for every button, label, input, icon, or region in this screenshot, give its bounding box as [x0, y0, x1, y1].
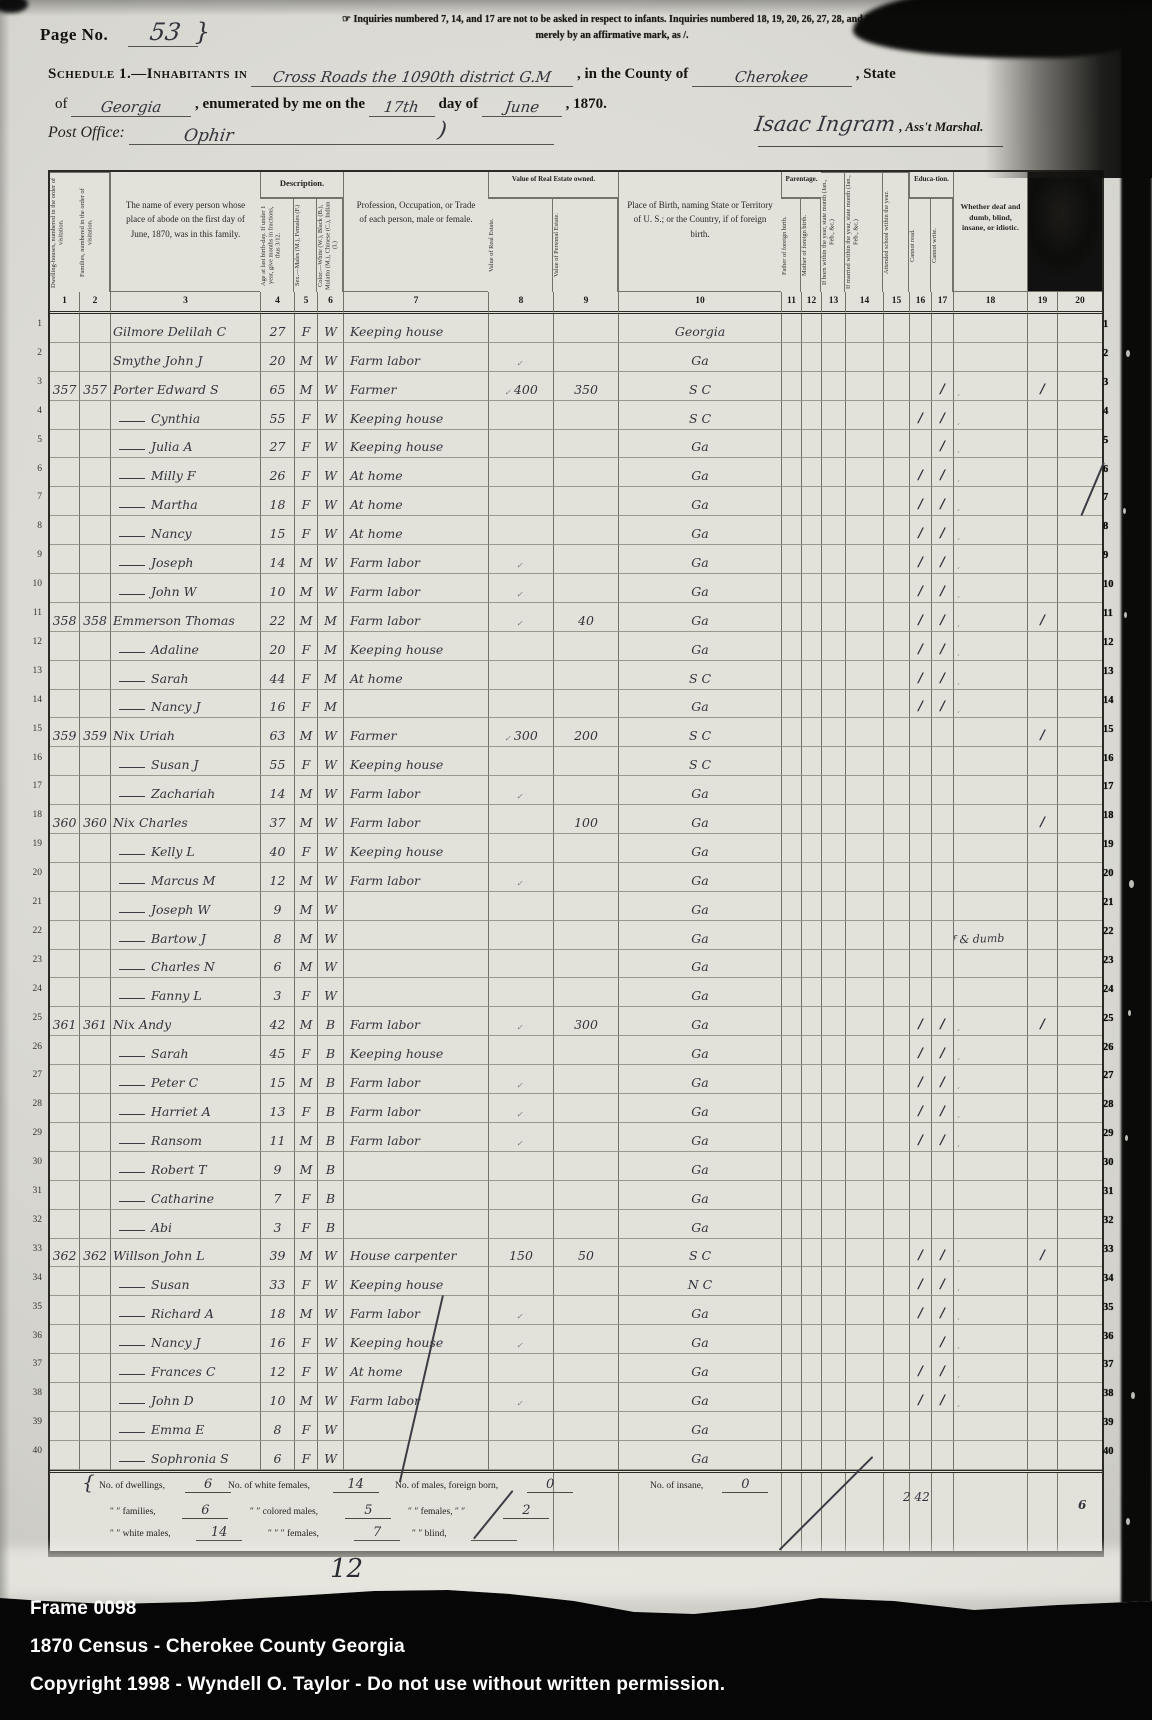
stray-tick: ˏ — [956, 675, 960, 686]
cell-empty — [845, 430, 883, 459]
cell-color: W — [317, 1354, 343, 1383]
cell-cannot-write: ∕ — [931, 372, 953, 401]
group-header-parentage: Parentage. — [781, 172, 821, 198]
col-header-cannot-write: Cannot write. — [931, 198, 953, 292]
cell-empty — [821, 776, 845, 805]
cell-family — [79, 1094, 110, 1123]
cell-age: 27 — [260, 314, 294, 343]
paper-speck — [1126, 1518, 1130, 1525]
cell-empty — [845, 401, 883, 430]
cell-empty — [883, 314, 909, 343]
cell-personal-estate — [553, 1441, 618, 1470]
cell-family — [79, 401, 110, 430]
cell-color: W — [317, 1296, 343, 1325]
cell-family — [79, 1036, 110, 1065]
cell-cannot-read — [909, 343, 931, 372]
cell-empty — [801, 1007, 821, 1036]
enumerated-label: , enumerated by me on the — [195, 96, 365, 112]
cell-empty — [883, 1181, 909, 1210]
cell-dwelling — [50, 545, 79, 574]
paper-speck — [1123, 508, 1126, 514]
cell-empty — [801, 458, 821, 487]
stray-tick: ˏ — [956, 501, 960, 512]
cell-occupation: Keeping house — [343, 401, 488, 430]
month-field: June — [482, 98, 562, 117]
cell-empty — [883, 1383, 909, 1412]
cell-real-estate: ✓ — [488, 574, 553, 603]
cell-empty — [845, 1210, 883, 1239]
cell-empty — [821, 690, 845, 719]
cell-empty — [801, 343, 821, 372]
cell-empty — [821, 574, 845, 603]
cell-citizen — [1027, 690, 1057, 719]
total-line1-0-label: No. of dwellings, — [99, 1481, 165, 1491]
post-office-value: Ophir — [182, 126, 234, 146]
stray-tick: ˏ — [956, 703, 960, 714]
cell-name: Nix Uriah — [110, 718, 260, 747]
cell-age: 20 — [260, 632, 294, 661]
check-mark: ✓ — [516, 619, 523, 628]
row-number-left: 33 — [24, 1244, 42, 1254]
cell-dwelling: 362 — [50, 1239, 79, 1268]
cell-real-estate — [488, 1354, 553, 1383]
marshal-signature-block: Isaac Ingram , Ass't Marshal. — [755, 112, 983, 136]
cell-empty — [1057, 1210, 1102, 1239]
stray-tick: ˏ — [956, 443, 960, 454]
cell-empty — [883, 458, 909, 487]
cell-remark: ˏ — [953, 1123, 1027, 1152]
cell-empty — [801, 776, 821, 805]
cell-occupation: Farm labor — [343, 574, 488, 603]
cell-empty — [883, 343, 909, 372]
cell-empty — [821, 1354, 845, 1383]
cell-age: 10 — [260, 574, 294, 603]
cell-remark: ˏ — [953, 545, 1027, 574]
cell-dwelling — [50, 1210, 79, 1239]
cell-color: W — [317, 1267, 343, 1296]
day-of-label: day of — [438, 96, 478, 112]
cell-dwelling — [50, 1065, 79, 1094]
cell-citizen — [1027, 1325, 1057, 1354]
cell-birthplace: Ga — [618, 1065, 781, 1094]
cell-real-estate — [488, 1210, 553, 1239]
cell-remark: ˏ — [953, 1094, 1027, 1123]
cell-occupation: Keeping house — [343, 430, 488, 459]
cell-birthplace: Ga — [618, 1441, 781, 1470]
cell-empty — [821, 487, 845, 516]
cell-empty — [821, 1383, 845, 1412]
cell-empty — [883, 430, 909, 459]
cell-personal-estate — [553, 690, 618, 719]
cell-cannot-read: ∕ — [909, 661, 931, 690]
cell-cannot-write: ∕ — [931, 661, 953, 690]
column-number: 4 — [260, 292, 294, 314]
cell-birthplace: N C — [618, 1267, 781, 1296]
cell-personal-estate — [553, 545, 618, 574]
cell-remark — [953, 1181, 1027, 1210]
cell-name: Willson John L — [110, 1239, 260, 1268]
cell-remark: ˏ — [953, 372, 1027, 401]
cell-empty — [1057, 776, 1102, 805]
cell-real-estate: ✓300 — [488, 718, 553, 747]
cell-color: B — [317, 1152, 343, 1181]
cell-name: Peter C — [110, 1065, 260, 1094]
cell-sex: M — [294, 372, 317, 401]
ditto-dash — [119, 767, 145, 768]
cell-empty — [883, 1036, 909, 1065]
cell-color: B — [317, 1036, 343, 1065]
cell-sex: M — [294, 1152, 317, 1181]
cell-dwelling — [50, 1441, 79, 1470]
cell-empty — [1057, 661, 1102, 690]
stray-tick: ˏ — [956, 386, 960, 397]
cell-dwelling — [50, 1325, 79, 1354]
cell-empty — [781, 978, 801, 1007]
cell-occupation: Farm labor — [343, 343, 488, 372]
census-grid: Dwelling-houses, numbered in the order o… — [50, 172, 1102, 1470]
cell-empty — [1057, 1065, 1102, 1094]
cell-color: W — [317, 545, 343, 574]
cell-birthplace: Ga — [618, 892, 781, 921]
cell-birthplace: Ga — [618, 776, 781, 805]
cell-empty — [1057, 1412, 1102, 1441]
cell-cannot-write: ∕ — [931, 632, 953, 661]
row-number-left: 32 — [24, 1215, 42, 1225]
cell-empty — [1057, 1354, 1102, 1383]
cell-sex: M — [294, 1007, 317, 1036]
ditto-dash — [119, 449, 145, 450]
cell-cannot-read: ∕ — [909, 1239, 931, 1268]
cell-birthplace: Georgia — [618, 314, 781, 343]
row-number-left: 10 — [24, 579, 42, 589]
cell-dwelling — [50, 1094, 79, 1123]
cell-remark — [953, 343, 1027, 372]
cell-name: Sarah — [110, 661, 260, 690]
cell-occupation — [343, 1441, 488, 1470]
cell-family — [79, 1296, 110, 1325]
total-line2-1-label: ″ ″ colored males, — [250, 1507, 318, 1517]
cell-empty — [801, 1325, 821, 1354]
cell-family — [79, 632, 110, 661]
cell-citizen: ∕ — [1027, 718, 1057, 747]
cell-citizen — [1027, 1412, 1057, 1441]
cell-cannot-read — [909, 863, 931, 892]
ditto-dash — [119, 1287, 145, 1288]
cell-citizen — [1027, 1267, 1057, 1296]
row-number-left: 26 — [24, 1042, 42, 1052]
stray-tick: ˏ — [956, 1368, 960, 1379]
cell-name: Harriet A — [110, 1094, 260, 1123]
cell-empty — [845, 1267, 883, 1296]
column-number: 16 — [909, 292, 931, 314]
cell-empty — [821, 1065, 845, 1094]
cell-empty — [801, 863, 821, 892]
cell-birthplace: Ga — [618, 690, 781, 719]
check-mark: ✓ — [516, 1399, 523, 1408]
cell-empty — [801, 718, 821, 747]
cell-empty — [845, 458, 883, 487]
cell-cannot-read: ∕ — [909, 1296, 931, 1325]
cell-personal-estate — [553, 632, 618, 661]
cell-name: Robert T — [110, 1152, 260, 1181]
total-insane-value: 0 — [722, 1477, 768, 1493]
cell-color: M — [317, 690, 343, 719]
cell-empty — [883, 1152, 909, 1181]
cell-real-estate — [488, 892, 553, 921]
cell-age: 22 — [260, 603, 294, 632]
caption-copyright: Copyright 1998 - Wyndell O. Taylor - Do … — [30, 1674, 725, 1696]
cell-cannot-write: ∕ — [931, 1036, 953, 1065]
cell-empty — [821, 1152, 845, 1181]
cell-real-estate: ✓ — [488, 1094, 553, 1123]
cell-remark — [953, 1441, 1027, 1470]
cell-empty — [781, 1210, 801, 1239]
ditto-dash — [119, 883, 145, 884]
cell-color: M — [317, 661, 343, 690]
cell-color: M — [317, 632, 343, 661]
cell-family: 357 — [79, 372, 110, 401]
cell-name: Joseph — [110, 545, 260, 574]
row-number-left: 20 — [24, 868, 42, 878]
cell-age: 9 — [260, 892, 294, 921]
row-number-left: 5 — [24, 435, 42, 445]
cell-occupation: Farm labor — [343, 1065, 488, 1094]
cell-empty — [801, 516, 821, 545]
cell-dwelling — [50, 314, 79, 343]
cell-color: W — [317, 458, 343, 487]
cell-citizen — [1027, 892, 1057, 921]
cell-real-estate: ✓ — [488, 1065, 553, 1094]
cell-real-estate: ✓ — [488, 1383, 553, 1412]
cell-empty — [801, 950, 821, 979]
cell-color: W — [317, 776, 343, 805]
cell-empty — [781, 1296, 801, 1325]
cell-empty — [845, 834, 883, 863]
cell-citizen — [1027, 401, 1057, 430]
cell-empty — [821, 950, 845, 979]
row-number-left: 21 — [24, 897, 42, 907]
cell-remark — [953, 1210, 1027, 1239]
cell-empty — [845, 661, 883, 690]
cell-empty — [781, 1412, 801, 1441]
row-number-left: 7 — [24, 492, 42, 502]
stray-tick: ˏ — [956, 1339, 960, 1350]
cell-birthplace: Ga — [618, 545, 781, 574]
stray-tick: ˏ — [956, 415, 960, 426]
cell-birthplace: S C — [618, 747, 781, 776]
cell-empty — [845, 574, 883, 603]
cell-citizen — [1027, 1210, 1057, 1239]
cell-citizen — [1027, 776, 1057, 805]
cell-empty — [781, 1325, 801, 1354]
cell-family — [79, 1354, 110, 1383]
column-number: 15 — [883, 292, 909, 314]
row-number-left: 34 — [24, 1273, 42, 1283]
cell-cannot-read — [909, 921, 931, 950]
cell-empty — [781, 863, 801, 892]
cell-empty — [821, 1094, 845, 1123]
ditto-dash — [119, 1143, 145, 1144]
cell-sex: F — [294, 834, 317, 863]
cell-sex: F — [294, 1412, 317, 1441]
cell-empty — [801, 430, 821, 459]
page-number-label: Page No. — [40, 25, 108, 44]
cell-age: 55 — [260, 401, 294, 430]
cell-name: Ransom — [110, 1123, 260, 1152]
check-mark: ✓ — [504, 388, 511, 397]
cell-real-estate: ✓ — [488, 863, 553, 892]
post-office-label: Post Office: — [48, 124, 125, 141]
ditto-dash — [119, 854, 145, 855]
col-header-sex: Sex.—Males (M.), Females (F.) — [294, 198, 317, 292]
column-number: 1 — [50, 292, 79, 314]
column-number: 14 — [845, 292, 883, 314]
ditto-dash — [119, 594, 145, 595]
row-number-left: 2 — [24, 348, 42, 358]
cell-color: W — [317, 1239, 343, 1268]
cell-empty — [1057, 747, 1102, 776]
cell-sex: F — [294, 1036, 317, 1065]
col-header-father-foreign: Father of foreign birth. — [781, 198, 801, 292]
cell-empty — [801, 1123, 821, 1152]
cell-empty — [801, 401, 821, 430]
row-number-left: 12 — [24, 637, 42, 647]
cell-name: Porter Edward S — [110, 372, 260, 401]
stray-tick: ˏ — [956, 1397, 960, 1408]
cell-real-estate — [488, 632, 553, 661]
cell-empty — [883, 950, 909, 979]
cell-empty — [883, 1210, 909, 1239]
row-number-left: 8 — [24, 521, 42, 531]
cell-occupation: Farmer — [343, 372, 488, 401]
cell-cannot-write — [931, 776, 953, 805]
cell-name: Fanny L — [110, 978, 260, 1007]
cell-family: 359 — [79, 718, 110, 747]
cell-name: Frances C — [110, 1354, 260, 1383]
cell-family — [79, 863, 110, 892]
cell-citizen — [1027, 314, 1057, 343]
check-mark: ✓ — [516, 792, 523, 801]
cell-sex: M — [294, 776, 317, 805]
row-number-left: 30 — [24, 1157, 42, 1167]
cell-personal-estate — [553, 834, 618, 863]
cell-cannot-read — [909, 1325, 931, 1354]
cell-dwelling: 357 — [50, 372, 79, 401]
cell-age: 45 — [260, 1036, 294, 1065]
marshal-signature: Isaac Ingram — [753, 112, 897, 136]
cell-name: Zachariah — [110, 776, 260, 805]
cell-occupation: Keeping house — [343, 314, 488, 343]
cell-personal-estate — [553, 401, 618, 430]
cell-personal-estate: 300 — [553, 1007, 618, 1036]
cell-dwelling — [50, 863, 79, 892]
col-header-cannot-read: Cannot read. — [909, 198, 931, 292]
stray-tick: ˏ — [956, 1281, 960, 1292]
cell-empty — [883, 1354, 909, 1383]
cell-empty — [1057, 314, 1102, 343]
cell-real-estate — [488, 661, 553, 690]
ditto-dash — [119, 1085, 145, 1086]
cell-citizen — [1027, 1123, 1057, 1152]
cell-empty — [821, 372, 845, 401]
cell-sex: M — [294, 892, 317, 921]
cell-real-estate — [488, 1036, 553, 1065]
cell-cannot-write — [931, 343, 953, 372]
cell-empty — [883, 776, 909, 805]
cell-name: Charles N — [110, 950, 260, 979]
cell-birthplace: S C — [618, 718, 781, 747]
cell-empty — [845, 1123, 883, 1152]
cell-empty — [781, 834, 801, 863]
cell-remark — [953, 1412, 1027, 1441]
totals-gridline — [821, 1473, 822, 1551]
cell-cannot-write — [931, 950, 953, 979]
cell-real-estate: ✓ — [488, 1007, 553, 1036]
cell-color: W — [317, 747, 343, 776]
cell-cannot-write: ∕ — [931, 1065, 953, 1094]
cell-name: Nix Charles — [110, 805, 260, 834]
cell-birthplace: Ga — [618, 1296, 781, 1325]
remark-deaf-dumb: Deaf & dumb — [953, 931, 1005, 947]
cell-empty — [883, 1094, 909, 1123]
cell-occupation: Keeping house — [343, 632, 488, 661]
cell-color: W — [317, 516, 343, 545]
cell-cannot-read — [909, 1210, 931, 1239]
cell-empty — [845, 545, 883, 574]
total-line3-2-label: ″ ″ blind, — [412, 1529, 447, 1539]
cell-age: 18 — [260, 487, 294, 516]
row-number-left: 40 — [24, 1446, 42, 1456]
cell-real-estate — [488, 690, 553, 719]
cell-birthplace: Ga — [618, 516, 781, 545]
row-number-left: 15 — [24, 724, 42, 734]
cell-cannot-read: ∕ — [909, 574, 931, 603]
cell-empty — [1057, 1123, 1102, 1152]
cell-empty — [821, 718, 845, 747]
cell-cannot-write — [931, 978, 953, 1007]
cell-family — [79, 314, 110, 343]
cell-empty — [1057, 805, 1102, 834]
row-number-left: 17 — [24, 781, 42, 791]
cell-empty — [821, 1296, 845, 1325]
check-mark: ✓ — [516, 1081, 523, 1090]
cell-family — [79, 776, 110, 805]
cell-family — [79, 661, 110, 690]
cell-empty — [1057, 1267, 1102, 1296]
ditto-dash — [119, 1114, 145, 1115]
cell-citizen — [1027, 343, 1057, 372]
cell-sex: M — [294, 1383, 317, 1412]
cell-family — [79, 458, 110, 487]
paper-speck — [1131, 1392, 1135, 1399]
cell-occupation — [343, 892, 488, 921]
cell-empty — [883, 1007, 909, 1036]
cell-empty — [801, 661, 821, 690]
state-field: Georgia — [71, 98, 191, 117]
cell-cannot-write: ∕ — [931, 516, 953, 545]
total-line2-0-label: ″ ″ families, — [110, 1507, 156, 1517]
check-mark: ✓ — [516, 590, 523, 599]
cell-empty — [821, 430, 845, 459]
cell-family — [79, 1383, 110, 1412]
cell-family: 362 — [79, 1239, 110, 1268]
cell-citizen — [1027, 430, 1057, 459]
col-header-mother-foreign: Mother of foreign birth. — [801, 198, 821, 292]
cell-birthplace: Ga — [618, 1354, 781, 1383]
col-header-deaf-dumb: Whether deaf and dumb, blind, insane, or… — [953, 172, 1027, 292]
cell-family — [79, 1441, 110, 1470]
cell-empty — [1057, 430, 1102, 459]
